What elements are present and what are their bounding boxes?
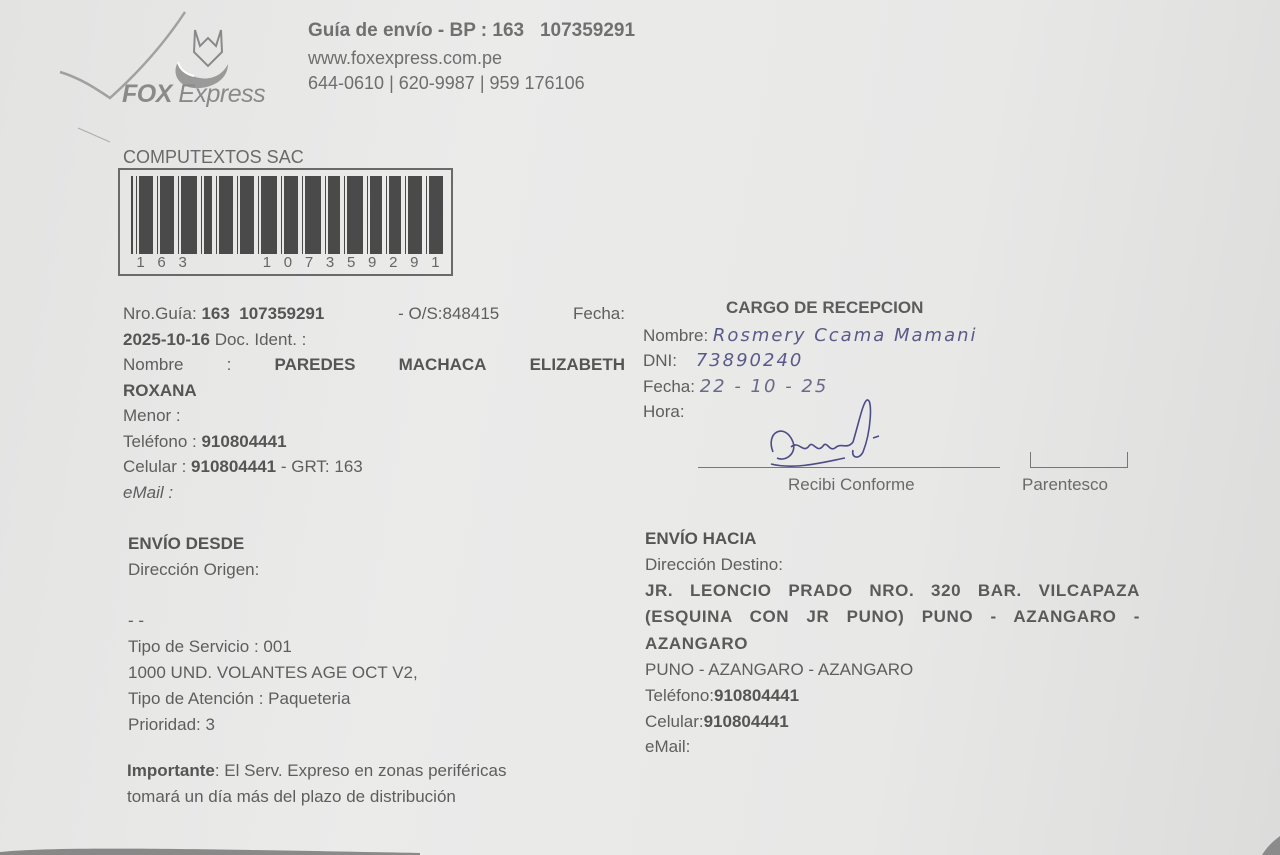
destination-address: JR. LEONCIO PRADO NRO. 320 BAR. VILCAPAZ… — [645, 578, 1140, 658]
guide-number: 163 107359291 — [201, 304, 324, 323]
signature-line — [698, 467, 1000, 468]
signature-label: Recibi Conforme — [788, 475, 915, 495]
date-doc-row: 2025-10-16 Doc. Ident. : — [123, 327, 625, 353]
important-note: Importante: El Serv. Expreso en zonas pe… — [127, 758, 507, 810]
receipt-dni-row: DNI: 73890240 — [643, 351, 803, 371]
phone-row: Teléfono : 910804441 — [123, 429, 625, 455]
origin-address-label: Dirección Origen: — [128, 557, 418, 583]
name-continuation: ROXANA — [123, 378, 625, 404]
service-type: Tipo de Servicio : 001 — [128, 634, 418, 660]
menor-row: Menor : — [123, 403, 625, 429]
barcode: 163 107359291 — [118, 168, 453, 276]
brand-name: FOX Express — [122, 80, 265, 109]
barcode-digits: 163 107359291 — [130, 254, 446, 271]
destination-mobile: Celular:910804441 — [645, 709, 1140, 735]
destination-phone: Teléfono:910804441 — [645, 683, 1140, 709]
origin-section: ENVÍO DESDE Dirección Origen: - - Tipo d… — [128, 531, 418, 737]
parentesco-label: Parentesco — [1022, 475, 1108, 495]
sender-company: COMPUTEXTOS SAC — [123, 147, 304, 168]
receipt-name-handwritten: Rosmery Ccama Mamani — [713, 325, 978, 346]
destination-ubigeo: PUNO - AZANGARO - AZANGARO — [645, 657, 1140, 683]
attention-type: Tipo de Atención : Paqueteria — [128, 686, 418, 712]
recipient-info: Nro.Guía: 163 107359291 - O/S:848415 Fec… — [123, 301, 625, 505]
barcode-bars — [129, 176, 444, 254]
guide-title: Guía de envío - BP : 163 107359291 — [308, 20, 635, 42]
name-row: Nombre : PAREDES MACHACA ELIZABETH — [123, 352, 625, 378]
origin-heading: ENVÍO DESDE — [128, 531, 418, 557]
priority: Prioridad: 3 — [128, 712, 418, 738]
fox-logo-icon — [60, 8, 300, 138]
mobile-row: Celular : 910804441 - GRT: 163 — [123, 454, 625, 480]
guide-number-row: Nro.Guía: 163 107359291 - O/S:848415 Fec… — [123, 301, 625, 327]
receipt-dni-handwritten: 73890240 — [696, 350, 804, 371]
origin-address-value: - - — [128, 608, 418, 634]
receipt-name-row: Nombre: Rosmery Ccama Mamani — [643, 326, 978, 346]
guide-date: 2025-10-16 — [123, 330, 210, 349]
signature-icon — [755, 392, 905, 482]
order-service: - O/S:848415 — [398, 301, 499, 327]
destination-section: ENVÍO HACIA Dirección Destino: JR. LEONC… — [645, 526, 1140, 760]
receipt-time-row: Hora: — [643, 402, 685, 422]
email-row: eMail : — [123, 480, 625, 506]
contact-phones: 644-0610 | 620-9987 | 959 176106 — [308, 73, 585, 94]
destination-email: eMail: — [645, 734, 1140, 760]
package-content: 1000 UND. VOLANTES AGE OCT V2, — [128, 660, 418, 686]
receipt-title: CARGO DE RECEPCION — [726, 298, 923, 318]
destination-address-label: Dirección Destino: — [645, 552, 1140, 578]
parentesco-field — [1030, 452, 1128, 468]
destination-heading: ENVÍO HACIA — [645, 526, 1140, 552]
website-link[interactable]: www.foxexpress.com.pe — [308, 48, 502, 69]
